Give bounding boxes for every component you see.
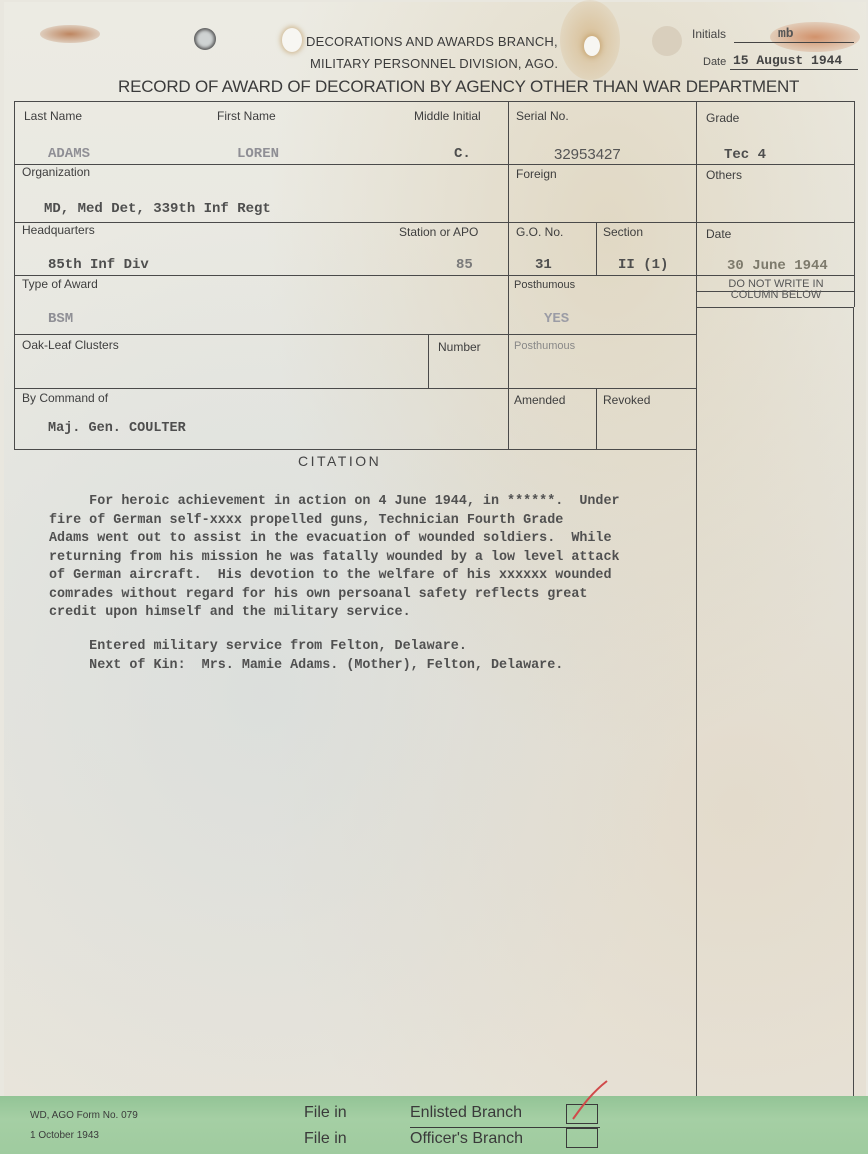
- enlisted-branch-checkbox[interactable]: [566, 1104, 598, 1124]
- section-label: Section: [603, 225, 643, 239]
- grid-line: [14, 334, 696, 335]
- service-entry-text: Entered military service from Felton, De…: [49, 637, 699, 675]
- station-apo-value: 85: [456, 257, 473, 273]
- first-name-label: First Name: [217, 109, 276, 123]
- officers-branch-label: Officer's Branch: [410, 1130, 523, 1148]
- foreign-label: Foreign: [516, 167, 557, 181]
- division-heading: MILITARY PERSONNEL DIVISION, AGO.: [310, 56, 558, 71]
- award-form: Last Name ADAMS First Name LOREN Middle …: [14, 101, 854, 451]
- by-command-of-value: Maj. Gen. COULTER: [48, 421, 186, 436]
- grid-line: [14, 222, 854, 223]
- posthumous-value: YES: [544, 311, 569, 327]
- middle-initial-label: Middle Initial: [414, 109, 481, 123]
- grid-line: [14, 275, 854, 276]
- column-line: [696, 350, 697, 1100]
- punch-hole: [194, 28, 216, 50]
- grid-line: [854, 101, 855, 307]
- date-label: Date: [706, 227, 731, 241]
- first-name-value: LOREN: [237, 146, 279, 162]
- date-value: 15 August 1944: [733, 53, 842, 68]
- initials-label: Initials: [692, 27, 726, 41]
- file-in-label-1: File in: [304, 1104, 347, 1122]
- grade-value: Tec 4: [724, 147, 766, 163]
- grid-line: [508, 101, 509, 450]
- document-title: RECORD OF AWARD OF DECORATION BY AGENCY …: [118, 77, 799, 97]
- grid-line: [14, 449, 696, 450]
- grid-line: [428, 334, 429, 388]
- go-no-label: G.O. No.: [516, 225, 563, 239]
- branch-heading: DECORATIONS AND AWARDS BRANCH,: [306, 34, 558, 49]
- do-not-write-notice: DO NOT WRITE IN COLUMN BELOW: [708, 279, 844, 301]
- middle-initial-value: C.: [454, 146, 471, 162]
- grid-line: [14, 164, 854, 165]
- posthumous-2-label: Posthumous: [514, 340, 575, 352]
- others-label: Others: [706, 168, 742, 182]
- enlisted-branch-label: Enlisted Branch: [410, 1104, 522, 1122]
- oak-leaf-clusters-label: Oak-Leaf Clusters: [22, 338, 119, 352]
- grid-line: [14, 101, 15, 450]
- headquarters-label: Headquarters: [22, 223, 95, 237]
- grade-label: Grade: [706, 111, 739, 125]
- grid-line: [696, 307, 854, 308]
- check-mark-icon: [567, 1105, 597, 1123]
- type-of-award-value: BSM: [48, 311, 73, 327]
- go-no-value: 31: [535, 257, 552, 273]
- initials-line: [734, 26, 854, 43]
- form-date: 1 October 1943: [30, 1130, 99, 1141]
- section-value: II (1): [618, 257, 668, 273]
- serial-no-value: 32953427: [554, 146, 621, 163]
- by-command-of-label: By Command of: [22, 391, 108, 405]
- organization-value: MD, Med Det, 339th Inf Regt: [44, 201, 271, 217]
- punch-hole: [282, 28, 302, 52]
- form-number: WD, AGO Form No. 079: [30, 1110, 138, 1121]
- grid-line: [596, 222, 597, 275]
- date-label: Date: [703, 56, 726, 68]
- revoked-label: Revoked: [603, 393, 650, 407]
- type-of-award-label: Type of Award: [22, 277, 98, 291]
- serial-no-label: Serial No.: [516, 109, 569, 123]
- grid-line: [14, 101, 854, 102]
- amended-label: Amended: [514, 393, 565, 407]
- number-label: Number: [438, 340, 481, 354]
- organization-label: Organization: [22, 165, 90, 179]
- officers-branch-checkbox[interactable]: [566, 1128, 598, 1148]
- date-value: 30 June 1944: [727, 258, 828, 274]
- citation-text: For heroic achievement in action on 4 Ju…: [49, 493, 699, 623]
- station-apo-label: Station or APO: [399, 225, 478, 239]
- grid-line: [596, 388, 597, 449]
- initials-value: mb: [778, 26, 794, 41]
- grid-line: [696, 101, 697, 350]
- rust-stain: [40, 25, 100, 43]
- punch-hole: [584, 36, 600, 56]
- citation-title: CITATION: [298, 453, 381, 469]
- file-in-label-2: File in: [304, 1130, 347, 1148]
- headquarters-value: 85th Inf Div: [48, 257, 149, 273]
- posthumous-label: Posthumous: [514, 279, 575, 291]
- punch-hole: [652, 26, 682, 56]
- filing-footer: WD, AGO Form No. 079 1 October 1943 File…: [0, 1096, 868, 1154]
- last-name-label: Last Name: [24, 109, 82, 123]
- last-name-value: ADAMS: [48, 146, 90, 162]
- column-line: [853, 307, 854, 1099]
- grid-line: [14, 388, 696, 389]
